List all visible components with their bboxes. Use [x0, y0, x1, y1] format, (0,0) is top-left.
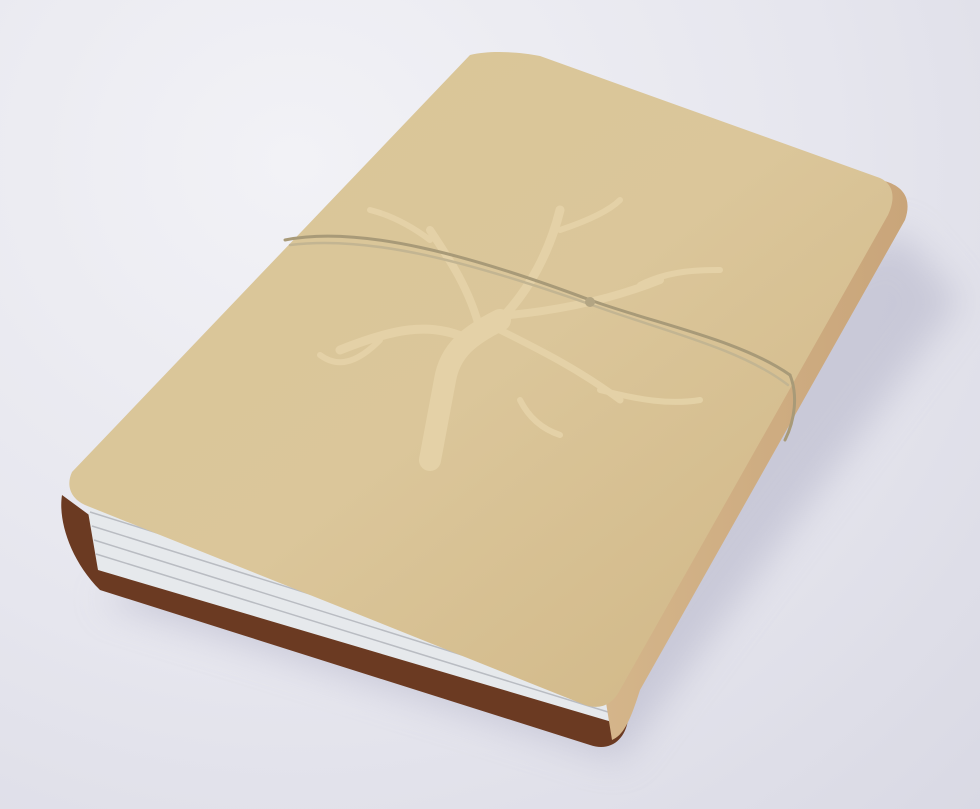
- photo-scene: [0, 0, 980, 809]
- journal-illustration: [0, 0, 980, 809]
